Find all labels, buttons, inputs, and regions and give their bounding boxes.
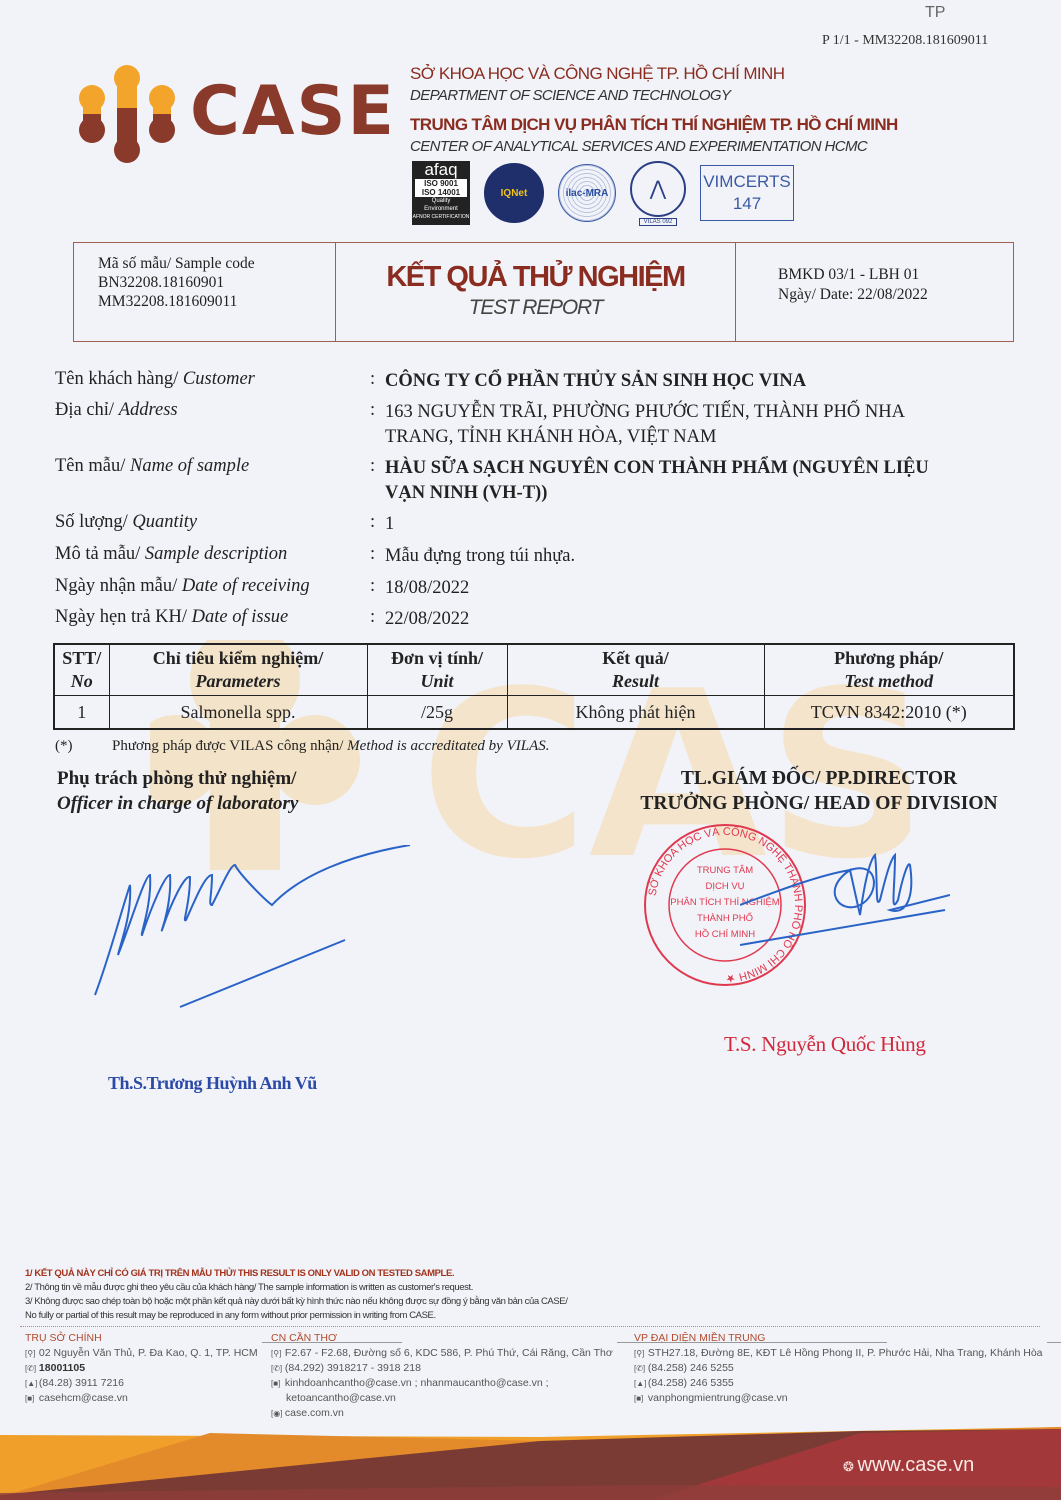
afaq-title: afaq bbox=[412, 161, 470, 179]
office-website[interactable]: case.com.vn bbox=[285, 1407, 344, 1419]
col-header-parameters: Chỉ tiêu kiểm nghiệm/Parameters bbox=[109, 644, 367, 696]
office-email[interactable]: casehcm@case.vn bbox=[39, 1392, 128, 1404]
form-info-cell: BMKD 03/1 - LBH 01 Ngày/ Date: 22/08/202… bbox=[736, 243, 1013, 341]
vimcerts-badge: VIMCERTS 147 bbox=[700, 165, 794, 221]
org-line-vi-center: TRUNG TÂM DỊCH VỤ PHÂN TÍCH THÍ NGHIỆM T… bbox=[410, 115, 898, 135]
results-table: STT/No Chỉ tiêu kiểm nghiệm/Parameters Đ… bbox=[53, 643, 1015, 730]
afaq-footer: AFNOR CERTIFICATION bbox=[412, 213, 470, 221]
afaq-quality: Quality bbox=[412, 197, 470, 205]
vimcerts-label: VIMCERTS bbox=[701, 171, 793, 193]
director-signature bbox=[740, 840, 950, 950]
iqnet-label: IQNet bbox=[501, 188, 528, 199]
fax-icon: [▲] bbox=[25, 1376, 36, 1391]
date-receiving-label-vi: Ngày nhận mẫu/ bbox=[55, 576, 182, 596]
page-reference: P 1/1 - MM32208.181609011 bbox=[822, 33, 988, 49]
office-phone: (84.292) 3918217 - 3918 218 bbox=[285, 1362, 421, 1374]
fax-icon: [▲] bbox=[634, 1376, 645, 1391]
date-receiving-value: 18/08/2022 bbox=[385, 576, 1025, 601]
afaq-environment: Environment bbox=[412, 205, 470, 213]
footnote-marker: (*) bbox=[55, 738, 73, 755]
office-title: CN CẦN THƠ bbox=[271, 1331, 613, 1346]
office-email[interactable]: kinhdoanhcantho@case.vn ; nhanmaucantho@… bbox=[285, 1377, 549, 1389]
customer-label-vi: Tên khách hàng/ bbox=[55, 369, 183, 389]
customer-value: CÔNG TY CỔ PHẦN THỦY SẢN SINH HỌC VINA bbox=[385, 369, 1025, 394]
office-address: F2.67 - F2.68, Đường số 6, KDC 586, P. P… bbox=[285, 1347, 613, 1359]
footer-note-2: 2/ Thông tin về mẫu được ghi theo yêu cầ… bbox=[25, 1282, 473, 1293]
sample-code-2: MM32208.181609011 bbox=[98, 292, 335, 311]
vimcerts-number: 147 bbox=[701, 193, 793, 215]
form-code: BMKD 03/1 - LBH 01 bbox=[778, 265, 1013, 285]
accreditation-a-icon: ⋀ bbox=[630, 161, 686, 217]
certification-logos: afaq ISO 9001 ISO 14001 Quality Environm… bbox=[412, 160, 794, 226]
col-header-result: Kết quả/Result bbox=[507, 644, 764, 696]
officer-signature bbox=[90, 845, 430, 1025]
director-name: T.S. Nguyễn Quốc Hùng bbox=[724, 1032, 926, 1057]
cell-parameter: Salmonella spp. bbox=[109, 696, 367, 730]
office-email[interactable]: vanphongmientrung@case.vn bbox=[648, 1392, 788, 1404]
location-icon: [⚲] bbox=[25, 1346, 36, 1361]
office-central: VP ĐẠI DIỆN MIỀN TRUNG [⚲] STH27.18, Đườ… bbox=[634, 1331, 1043, 1406]
handwritten-note: TP bbox=[925, 4, 945, 22]
office-headquarters: TRỤ SỞ CHÍNH [⚲] 02 Nguyễn Văn Thủ, P. Đ… bbox=[25, 1331, 258, 1406]
email-icon: [■] bbox=[25, 1391, 36, 1406]
director-title-1: TL.GIÁM ĐỐC/ PP.DIRECTOR bbox=[624, 766, 1014, 791]
col-header-unit: Đơn vị tính/Unit bbox=[367, 644, 507, 696]
officer-title-vi: Phụ trách phòng thử nghiệm/ bbox=[57, 766, 298, 791]
officer-title: Phụ trách phòng thử nghiệm/ Officer in c… bbox=[57, 766, 298, 816]
office-title: TRỤ SỞ CHÍNH bbox=[25, 1331, 258, 1346]
customer-label-en: Customer bbox=[183, 369, 255, 389]
location-icon: [⚲] bbox=[271, 1346, 282, 1361]
report-title-cell: KẾT QUẢ THỬ NGHIỆM TEST REPORT bbox=[336, 243, 736, 341]
table-row: 1 Salmonella spp. /25g Không phát hiện T… bbox=[54, 696, 1014, 730]
director-title: TL.GIÁM ĐỐC/ PP.DIRECTOR TRƯỞNG PHÒNG/ H… bbox=[624, 766, 1014, 816]
phone-icon: [✆] bbox=[634, 1361, 645, 1376]
date-receiving-label-en: Date of receiving bbox=[182, 576, 310, 596]
footnote-text-vi: Phương pháp được VILAS công nhận/ bbox=[112, 738, 347, 754]
office-fax: (84.258) 246 5355 bbox=[648, 1377, 734, 1389]
office-address: 02 Nguyễn Văn Thủ, P. Đa Kao, Q. 1, TP. … bbox=[39, 1347, 258, 1359]
director-title-2: TRƯỞNG PHÒNG/ HEAD OF DIVISION bbox=[624, 791, 1014, 816]
address-value: 163 NGUYỄN TRÃI, PHƯỜNG PHƯỚC TIẾN, THÀN… bbox=[385, 400, 1025, 450]
org-line-vi-dept: SỞ KHOA HỌC VÀ CÔNG NGHỆ TP. HỒ CHÍ MINH bbox=[410, 64, 784, 84]
table-header-row: STT/No Chỉ tiêu kiểm nghiệm/Parameters Đ… bbox=[54, 644, 1014, 696]
case-logo-icon bbox=[72, 64, 182, 169]
address-label-vi: Địa chỉ/ bbox=[55, 400, 119, 420]
officer-title-en: Officer in charge of laboratory bbox=[57, 791, 298, 816]
sample-code-1: BN32208.18160901 bbox=[98, 273, 335, 292]
location-icon: [⚲] bbox=[634, 1346, 645, 1361]
website-link[interactable]: ❂ www.case.vn bbox=[843, 1454, 974, 1477]
email-icon: [■] bbox=[271, 1376, 282, 1391]
cell-unit: /25g bbox=[367, 696, 507, 730]
office-title: VP ĐẠI DIỆN MIỀN TRUNG bbox=[634, 1331, 1043, 1346]
cell-result: Không phát hiện bbox=[507, 696, 764, 730]
footnote-text-en: Method is accreditated by VILAS. bbox=[347, 738, 549, 754]
sample-code-label: Mã số mẫu/ Sample code bbox=[98, 254, 335, 273]
vilas-badge: ⋀ VILAS 092 bbox=[630, 161, 686, 226]
footer-note-1: 1/ KẾT QUẢ NÀY CHỈ CÓ GIÁ TRỊ TRÊN MẪU T… bbox=[25, 1268, 454, 1279]
report-date: Ngày/ Date: 22/08/2022 bbox=[778, 285, 1013, 305]
footer-note-4: No fully or partial of this result may b… bbox=[25, 1310, 436, 1321]
footer-divider bbox=[20, 1326, 1040, 1327]
date-issue-value: 22/08/2022 bbox=[385, 607, 1025, 632]
email-icon: [■] bbox=[634, 1391, 645, 1406]
quantity-label-vi: Số lượng/ bbox=[55, 512, 132, 532]
report-title-en: TEST REPORT bbox=[336, 296, 735, 320]
svg-text:DỊCH VỤ: DỊCH VỤ bbox=[705, 881, 744, 892]
ilac-mra-badge: ilac-MRA bbox=[558, 164, 616, 222]
office-email-2[interactable]: ketoancantho@case.vn bbox=[271, 1391, 613, 1406]
description-value: Mẫu đựng trong túi nhựa. bbox=[385, 544, 1025, 569]
iso-9001: ISO 9001 bbox=[415, 179, 467, 188]
office-can-tho: CN CẦN THƠ [⚲] F2.67 - F2.68, Đường số 6… bbox=[271, 1331, 613, 1421]
date-issue-label-vi: Ngày hẹn trả KH/ bbox=[55, 607, 192, 627]
description-label-vi: Mô tả mẫu/ bbox=[55, 544, 145, 564]
iso-14001: ISO 14001 bbox=[415, 188, 467, 197]
sample-name-label-vi: Tên mẫu/ bbox=[55, 456, 130, 476]
col-header-no: STT/No bbox=[54, 644, 109, 696]
vilas-label: VILAS 092 bbox=[639, 218, 678, 226]
phone-icon: [✆] bbox=[25, 1361, 36, 1376]
cell-method: TCVN 8342:2010 (*) bbox=[764, 696, 1014, 730]
website-text[interactable]: www.case.vn bbox=[858, 1454, 975, 1476]
org-line-en-center: CENTER OF ANALYTICAL SERVICES AND EXPERI… bbox=[410, 138, 867, 155]
office-phone: 18001105 bbox=[39, 1362, 85, 1374]
globe-icon: ❂ bbox=[843, 1459, 858, 1474]
quantity-label-en: Quantity bbox=[132, 512, 197, 532]
org-line-en-dept: DEPARTMENT OF SCIENCE AND TECHNOLOGY bbox=[410, 87, 730, 104]
office-fax: (84.28) 3911 7216 bbox=[39, 1377, 124, 1389]
quantity-value: 1 bbox=[385, 512, 1025, 537]
globe-icon: [◉] bbox=[271, 1406, 282, 1421]
cell-no: 1 bbox=[54, 696, 109, 730]
phone-icon: [✆] bbox=[271, 1361, 282, 1376]
afaq-iso-badge: afaq ISO 9001 ISO 14001 Quality Environm… bbox=[412, 161, 470, 225]
office-phone: (84.258) 246 5255 bbox=[648, 1362, 734, 1374]
address-label-en: Address bbox=[119, 400, 178, 420]
ilac-label: ilac-MRA bbox=[566, 188, 609, 199]
sample-name-label-en: Name of sample bbox=[130, 456, 249, 476]
office-address: STH27.18, Đường 8E, KĐT Lê Hồng Phong II… bbox=[648, 1347, 1043, 1359]
sample-name-value: HÀU SỮA SẠCH NGUYÊN CON THÀNH PHẨM (NGUY… bbox=[385, 456, 1025, 506]
case-logo: CASE bbox=[72, 64, 372, 169]
footer-note-3: 3/ Không được sao chép toàn bộ hoặc một … bbox=[25, 1296, 567, 1307]
sample-code-cell: Mã số mẫu/ Sample code BN32208.18160901 … bbox=[74, 243, 336, 341]
report-header-box: Mã số mẫu/ Sample code BN32208.18160901 … bbox=[73, 242, 1014, 342]
date-issue-label-en: Date of issue bbox=[192, 607, 289, 627]
col-header-method: Phương pháp/Test method bbox=[764, 644, 1014, 696]
logo-wordmark: CASE bbox=[190, 72, 396, 151]
iqnet-badge: IQNet bbox=[484, 163, 544, 223]
report-title-vi: KẾT QUẢ THỬ NGHIỆM bbox=[336, 261, 735, 294]
description-label-en: Sample description bbox=[145, 544, 287, 564]
officer-name: Th.S.Trương Huỳnh Anh Vũ bbox=[108, 1073, 317, 1094]
